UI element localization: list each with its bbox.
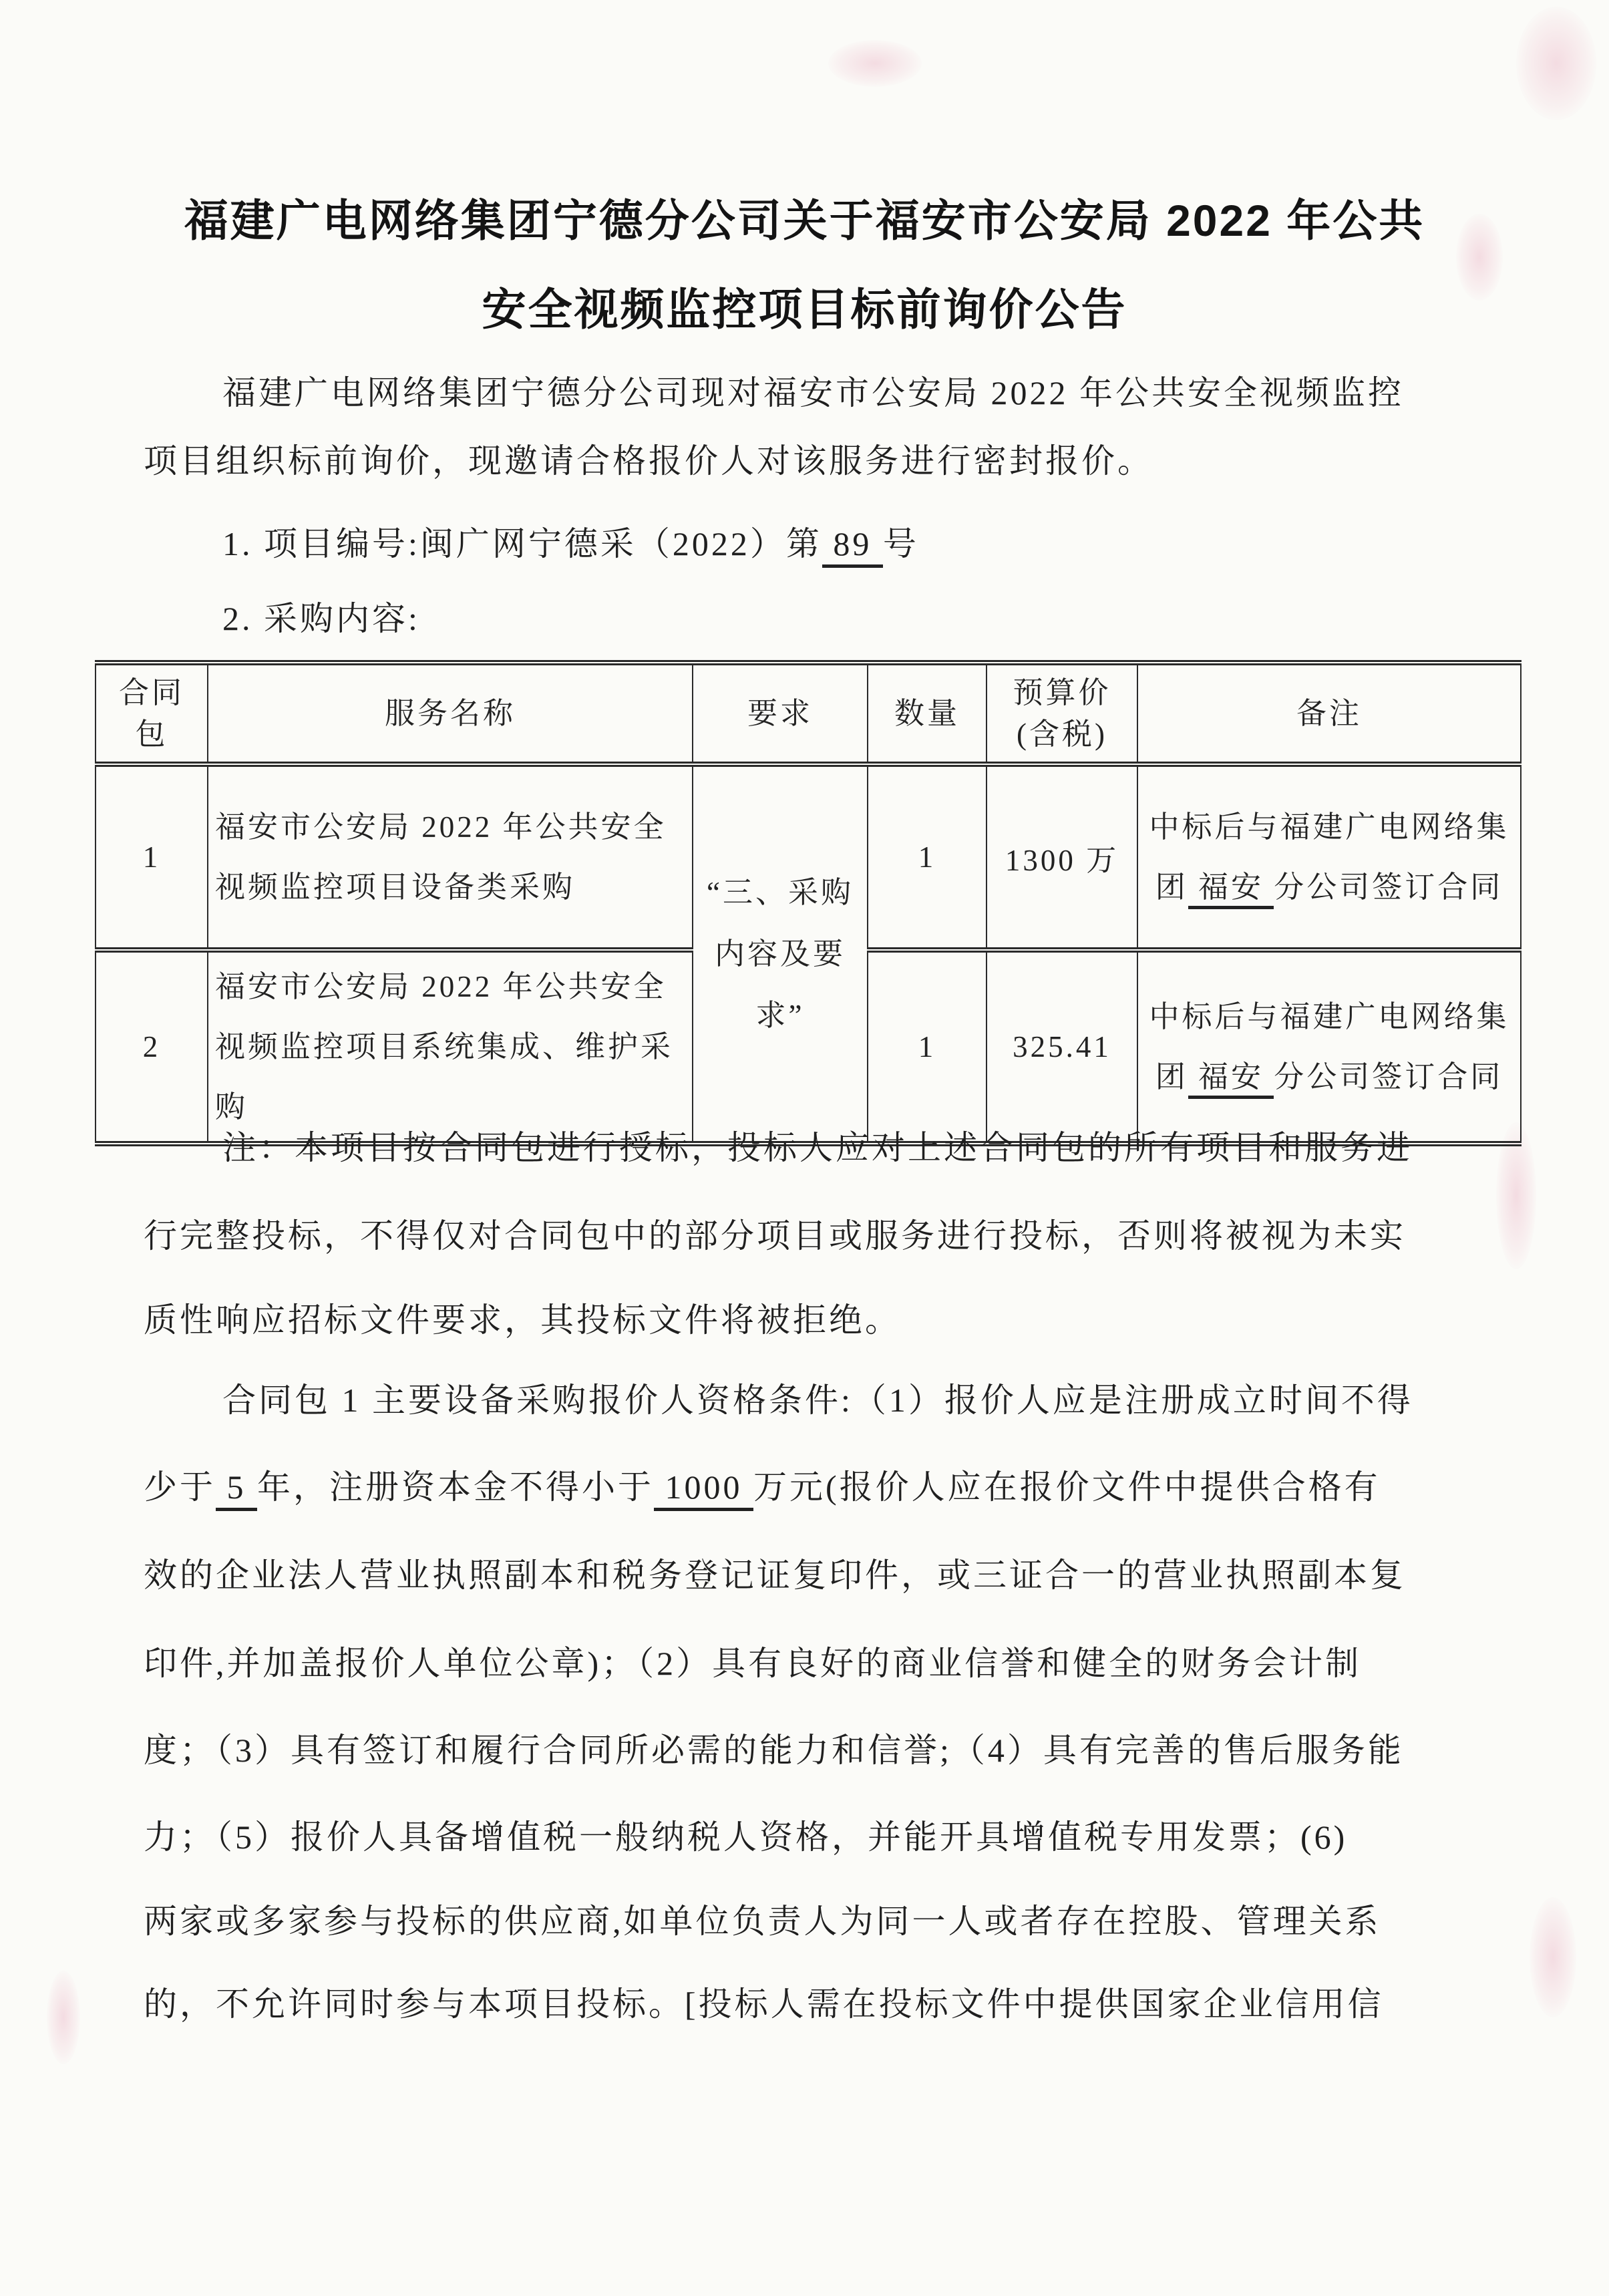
cell-requirement-merged: “三、采购内容及要求” [693,764,868,1144]
page-title-line-1: 福建广电网络集团宁德分公司关于福安市公安局 2022 年公共 [0,187,1609,254]
qualification-line-7: 两家或多家参与投标的供应商,如单位负责人为同一人或者存在控股、管理关系 [144,1900,1519,1943]
qualification-line-3: 效的企业法人营业执照副本和税务登记证复印件，或三证合一的营业执照副本复 [144,1554,1519,1597]
scan-artifact [47,1971,80,2064]
table-row-package-1: 1 福安市公安局 2022 年公共安全视频监控项目设备类采购 “三、采购内容及要… [96,764,1521,950]
remark-2-branch-name: 福安 [1188,1060,1274,1099]
cell-budget-1: 1300 万 [987,764,1137,950]
project-number-suffix: 号 [883,525,919,562]
qualification-line-2-seg1: 少于 [144,1468,216,1506]
note-line-3: 质性响应招标文件要求，其投标文件将被拒绝。 [144,1299,1519,1341]
table-header-row: 合同 包 服务名称 要求 数量 预算价 (含税) 备注 [96,663,1521,764]
project-number-line: 1. 项目编号:闽广网宁德采（2022）第 89 号 [144,522,1598,565]
header-budget: 预算价 (含税) [987,663,1137,764]
header-package-line2: 包 [103,713,200,755]
header-budget-line1: 预算价 [994,672,1130,713]
qualification-line-2-seg2: 年，注册资本金不得小于 [257,1468,654,1506]
registered-years-value: 5 [216,1468,257,1511]
cell-package-2: 2 [96,950,208,1144]
cell-remark-1: 中标后与福建广电网络集团 福安 分公司签订合同 [1137,764,1521,950]
header-package-line1: 合同 [103,672,200,713]
project-number-prefix: 1. 项目编号:闽广网宁德采（2022）第 [222,525,822,562]
qualification-line-8: 的，不允许同时参与本项目投标。[投标人需在投标文件中提供国家企业信用信 [144,1983,1519,2025]
scanned-document-page: 福建广电网络集团宁德分公司关于福安市公安局 2022 年公共 安全视频监控项目标… [0,0,1609,2296]
qualification-line-1: 合同包 1 主要设备采购报价人资格条件:（1）报价人应是注册成立时间不得 [144,1379,1598,1422]
note-line-2: 行完整投标，不得仅对合同包中的部分项目或服务进行投标，否则将被视为未实 [144,1214,1519,1257]
qualification-line-2: 少于 5 年，注册资本金不得小于 1000 万元(报价人应在报价文件中提供合格有 [144,1466,1519,1508]
cell-remark-2: 中标后与福建广电网络集团 福安 分公司签订合同 [1137,950,1521,1144]
header-budget-line2: (含税) [994,713,1130,755]
scan-artifact [1516,7,1596,120]
header-service: 服务名称 [208,663,693,764]
intro-line-1: 福建广电网络集团宁德分公司现对福安市公安局 2022 年公共安全视频监控 [144,371,1598,414]
procurement-table: 合同 包 服务名称 要求 数量 预算价 (含税) 备注 1 福安市公安局 20 [95,660,1522,1146]
qualification-line-4: 印件,并加盖报价人单位公章)；（2）具有良好的商业信誉和健全的财务会计制 [144,1642,1519,1685]
qualification-line-2-seg3: 万元(报价人应在报价文件中提供合格有 [753,1468,1381,1506]
cell-service-1: 福安市公安局 2022 年公共安全视频监控项目设备类采购 [208,764,693,950]
purchase-content-heading: 2. 采购内容: [144,597,1598,640]
scan-artifact [1530,1897,1576,2017]
cell-package-1: 1 [96,764,208,950]
note-line-1: 注：本项目按合同包进行授标，投标人应对上述合同包的所有项目和服务进 [144,1126,1598,1169]
header-remark: 备注 [1137,663,1521,764]
registered-capital-value: 1000 [654,1468,753,1511]
cell-service-2: 福安市公安局 2022 年公共安全视频监控项目系统集成、维护采购 [208,950,693,1144]
scan-artifact [828,40,922,87]
header-requirement: 要求 [693,663,868,764]
page-title-line-2: 安全视频监控项目标前询价公告 [0,276,1609,343]
qualification-line-6: 力；（5）报价人具备增值税一般纳税人资格，并能开具增值税专用发票；(6) [144,1816,1519,1858]
qualification-line-5: 度；（3）具有签订和履行合同所必需的能力和信誉;（4）具有完善的售后服务能 [144,1729,1519,1772]
remark-1-branch-name: 福安 [1188,870,1274,909]
procurement-table-wrapper: 合同 包 服务名称 要求 数量 预算价 (含税) 备注 1 福安市公安局 20 [95,660,1522,1146]
cell-quantity-1: 1 [868,764,987,950]
project-number-value: 89 [822,525,883,568]
remark-2-suffix: 分公司签订合同 [1274,1060,1503,1094]
header-quantity: 数量 [868,663,987,764]
cell-quantity-2: 1 [868,950,987,1144]
header-package: 合同 包 [96,663,208,764]
remark-1-suffix: 分公司签订合同 [1274,870,1503,904]
cell-budget-2: 325.41 [987,950,1137,1144]
intro-line-2: 项目组织标前询价，现邀请合格报价人对该服务进行密封报价。 [144,440,1519,482]
